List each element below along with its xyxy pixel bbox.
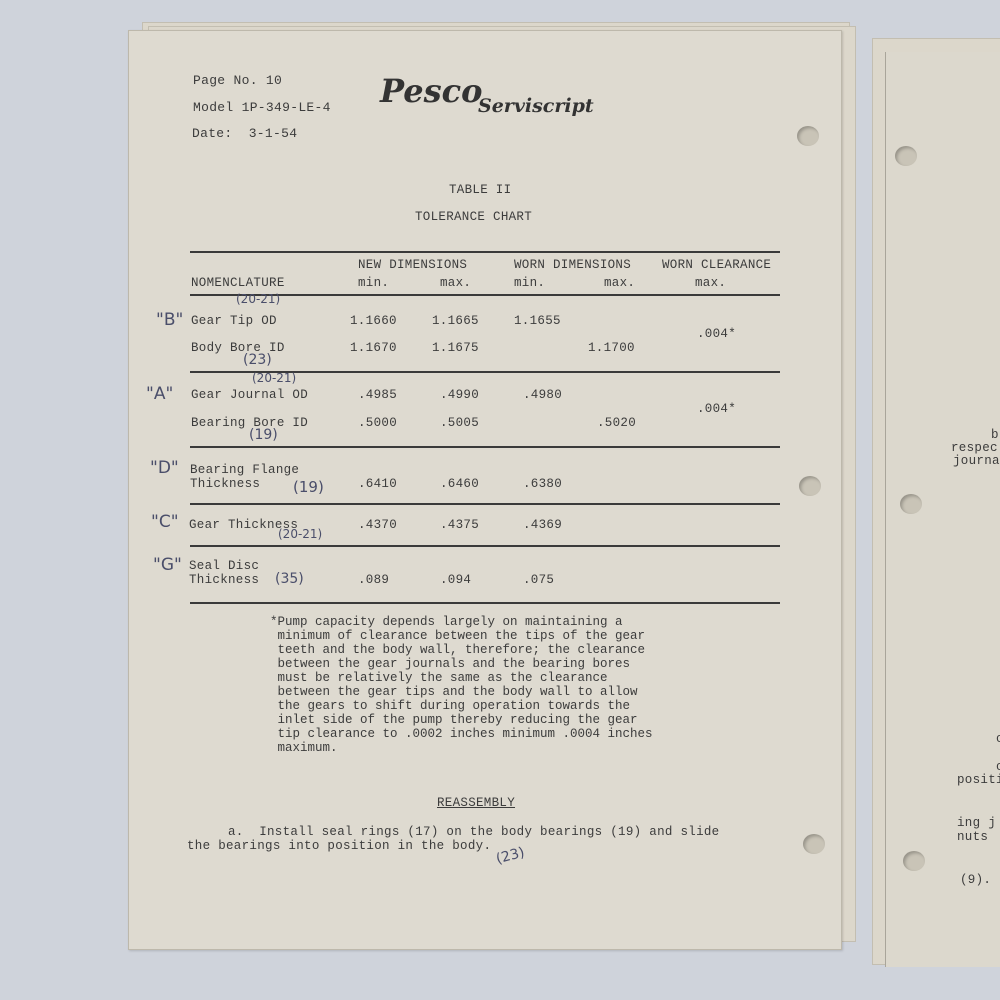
- page-number: Page No. 10: [193, 73, 282, 88]
- cell-clearance: .004*: [697, 402, 736, 416]
- cell-new-min: .4370: [358, 518, 397, 532]
- model-number: Model 1P-349-LE-4: [193, 100, 331, 115]
- handwritten-note: (23): [243, 352, 272, 368]
- cell-worn-min: .4369: [523, 518, 562, 532]
- row-name: Gear Journal OD: [191, 388, 308, 402]
- cell-new-min: 1.1660: [350, 314, 397, 328]
- cell-worn-min: .6380: [523, 477, 562, 491]
- punch-hole: [799, 476, 821, 496]
- cell-new-max: 1.1665: [432, 314, 479, 328]
- row-name-line1: Bearing Flange: [190, 463, 299, 477]
- header-worn-dimensions: WORN DIMENSIONS: [514, 258, 631, 272]
- paragraph-a-line2: the bearings into position in the body.: [187, 839, 491, 853]
- col-new-max: max.: [440, 276, 471, 290]
- handwritten-note: (35): [275, 571, 304, 587]
- cell-new-max: .4375: [440, 518, 479, 532]
- handwritten-mark: "C": [151, 512, 179, 532]
- cell-new-min: 1.1670: [350, 341, 397, 355]
- cell-new-max: .4990: [440, 388, 479, 402]
- next-page-fragment: journa: [953, 454, 1000, 468]
- next-page-fragment: positi: [957, 773, 1000, 787]
- footnote: *Pump capacity depends largely on mainta…: [270, 615, 653, 755]
- punch-hole: [900, 494, 922, 514]
- row-name-line2: Thickness: [190, 477, 260, 491]
- date: Date: 3-1-54: [192, 126, 297, 141]
- next-page-fragment: b: [991, 428, 999, 442]
- cell-worn-min: 1.1655: [514, 314, 561, 328]
- table-subtitle: TOLERANCE CHART: [415, 210, 532, 224]
- table-rule: [190, 251, 780, 253]
- serviscript-logo: Serviscript: [478, 95, 594, 117]
- table-rule: [190, 602, 780, 604]
- cell-new-min: .4985: [358, 388, 397, 402]
- row-name-line2: Thickness: [189, 573, 259, 587]
- next-page-fragment: respec: [951, 441, 998, 455]
- header-worn-clearance: WORN CLEARANCE: [662, 258, 771, 272]
- col-worn-min: min.: [514, 276, 545, 290]
- cell-new-max: .094: [440, 573, 471, 587]
- handwritten-note: (19): [249, 427, 278, 443]
- next-page-fragment: c: [996, 760, 1000, 774]
- table-rule: [190, 503, 780, 505]
- handwritten-note: (20-21): [278, 527, 322, 541]
- row-name: Gear Tip OD: [191, 314, 277, 328]
- cell-worn-max: 1.1700: [588, 341, 635, 355]
- col-worn-max: max.: [604, 276, 635, 290]
- header-new-dimensions: NEW DIMENSIONS: [358, 258, 467, 272]
- handwritten-mark: "G": [153, 555, 182, 575]
- cell-worn-min: .075: [523, 573, 554, 587]
- next-page-fragment: ing j: [957, 816, 996, 830]
- table-title: TABLE II: [449, 183, 511, 197]
- col-new-min: min.: [358, 276, 389, 290]
- handwritten-mark: "D": [150, 458, 179, 478]
- col-clearance-max: max.: [695, 276, 726, 290]
- cell-worn-min: .4980: [523, 388, 562, 402]
- cell-new-max: .6460: [440, 477, 479, 491]
- section-title: REASSEMBLY: [437, 796, 515, 810]
- punch-hole: [903, 851, 925, 871]
- col-nomenclature: NOMENCLATURE: [191, 276, 285, 290]
- row-name-line1: Seal Disc: [189, 559, 259, 573]
- cell-new-min: .6410: [358, 477, 397, 491]
- pesco-logo: Pesco: [380, 72, 482, 110]
- punch-hole: [895, 146, 917, 166]
- cell-new-min: .089: [358, 573, 389, 587]
- handwritten-note: (19): [293, 478, 324, 496]
- next-page-fragment: (9).: [960, 873, 991, 887]
- cell-new-max: 1.1675: [432, 341, 479, 355]
- handwritten-note: (20-21): [252, 371, 296, 385]
- handwritten-mark: "A": [146, 384, 173, 404]
- cell-worn-max: .5020: [597, 416, 636, 430]
- table-rule: [190, 446, 780, 448]
- cell-clearance: .004*: [697, 327, 736, 341]
- punch-hole: [797, 126, 819, 146]
- cell-new-max: .5005: [440, 416, 479, 430]
- handwritten-mark: "B": [156, 310, 183, 330]
- punch-hole: [803, 834, 825, 854]
- handwritten-note: (20-21): [236, 292, 280, 306]
- cell-new-min: .5000: [358, 416, 397, 430]
- next-page-fragment: c: [996, 732, 1000, 746]
- table-rule: [190, 545, 780, 547]
- next-page-fragment: nuts: [957, 830, 988, 844]
- paragraph-a-line1: a. Install seal rings (17) on the body b…: [228, 825, 719, 839]
